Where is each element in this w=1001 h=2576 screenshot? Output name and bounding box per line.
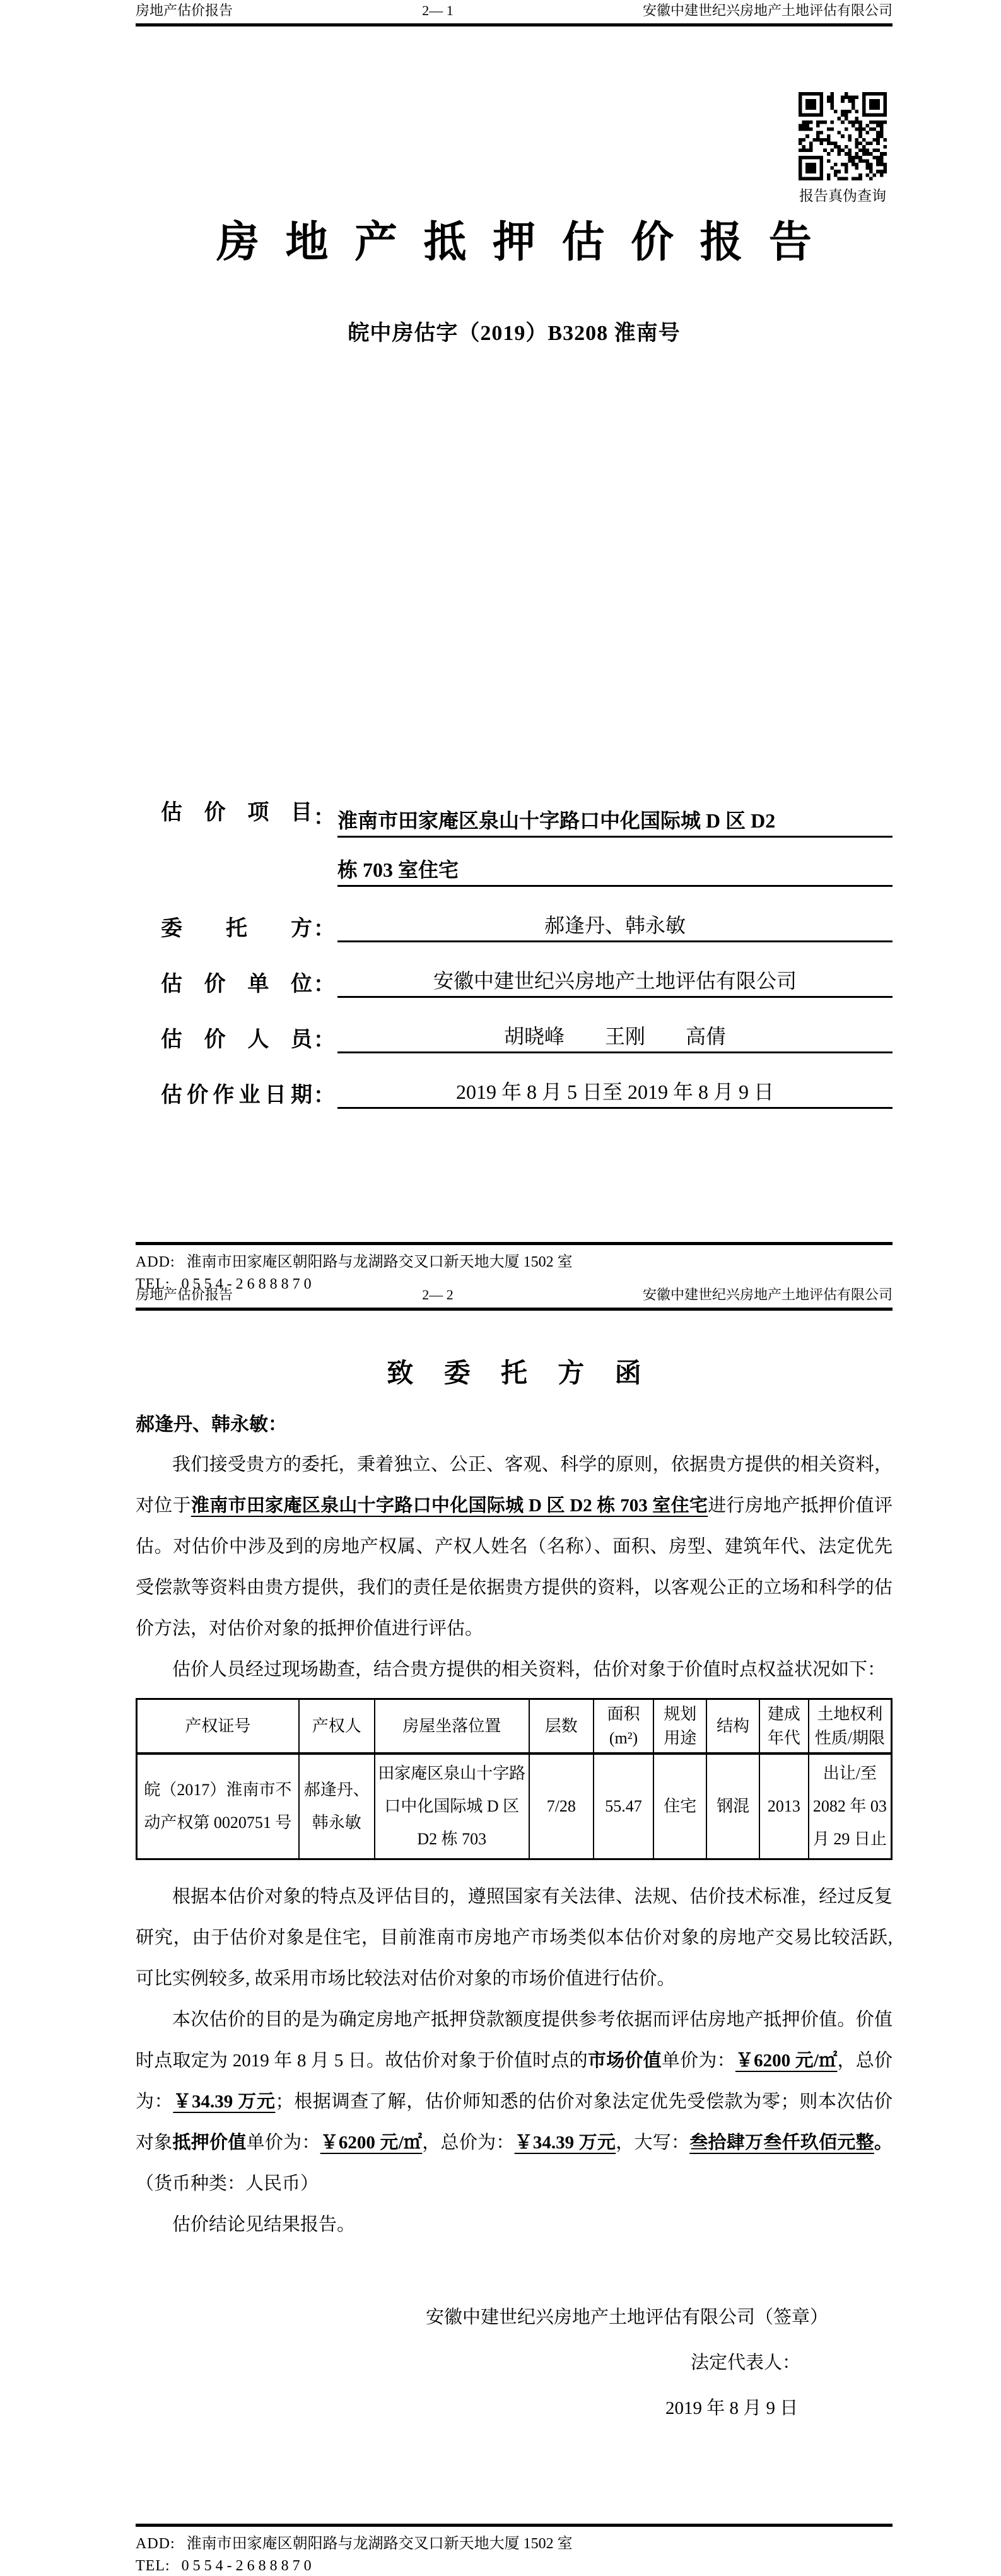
col-location: 房屋坐落位置 (375, 1699, 529, 1754)
form-label-appraisers: 估 价 人 员 (161, 1027, 312, 1054)
form-value-agency: 安徽中建世纪兴房地产土地评估有限公司 (337, 963, 893, 998)
table-row: 皖（2017）淮南市不动产权第 0020751 号 郝逢丹、韩永敏 田家庵区泉山… (137, 1753, 892, 1859)
form-value-project-line1: 淮南市田家庵区泉山十字路口中化国际城 D 区 D2 (337, 796, 893, 838)
cover-form: 估 价 项 目 ： 淮南市田家庵区泉山十字路口中化国际城 D 区 D2 栋 70… (136, 796, 893, 1129)
form-row-agency: 估 价 单 位 ： 安徽中建世纪兴房地产土地评估有限公司 (161, 963, 893, 998)
cell-owner: 郝逢丹、韩永敏 (299, 1753, 375, 1859)
page2-footer: ADD: 淮南市田家庵区朝阳路与龙湖路交叉口新天地大厦 1502 室 TEL: … (136, 2524, 893, 2576)
form-value-project-line2: 栋 703 室住宅 (337, 845, 893, 887)
footer-tel-label: TEL: (136, 2555, 170, 2576)
report-title: 房 地 产 抵 押 估 价 报 告 (136, 208, 893, 269)
text-run: ，大写： (616, 2133, 689, 2153)
header-company: 安徽中建世纪兴房地产土地评估有限公司 (643, 3, 893, 19)
text-run-total-price: ￥34.39 万元 (515, 2133, 616, 2153)
form-value-client: 郝逢丹、韩永敏 (337, 907, 893, 942)
form-colon: ： (312, 796, 337, 831)
text-run: 。 (874, 2133, 893, 2153)
col-owner: 产权人 (299, 1699, 375, 1754)
cell-location: 田家庵区泉山十字路口中化国际城 D 区 D2 栋 703 (375, 1753, 529, 1859)
signature-block: 安徽中建世纪兴房地产土地评估有限公司（签章） 法定代表人： 2019 年 8 月… (136, 2295, 893, 2431)
letter-to-client: 致 委 托 方 函 郝逢丹、韩永敏： 我们接受贵方的委托，秉着独立、公正、客观、… (136, 1336, 893, 2431)
letter-salutation: 郝逢丹、韩永敏： (136, 1412, 893, 1438)
text-run-amount-in-words: 叁拾肆万叁仟玖佰元整 (689, 2133, 874, 2153)
paragraph-conclusion: 估价结论见结果报告。 (136, 2204, 893, 2245)
form-colon: ： (312, 911, 337, 942)
form-label-project: 估 价 项 目 (161, 796, 312, 827)
paragraph-inspection: 估价人员经过现场勘查，结合贵方提供的相关资料，估价对象于价值时点权益状况如下： (136, 1649, 893, 1690)
col-structure: 结构 (706, 1699, 759, 1754)
header-doc-type: 房地产估价报告 (136, 1287, 233, 1303)
signature-date: 2019 年 8 月 9 日 (665, 2386, 893, 2431)
form-colon: ： (312, 967, 337, 998)
paragraph-method: 根据本估价对象的特点及评估目的，遵照国家有关法律、法规、估价技术标准，经过反复研… (136, 1876, 893, 1999)
cell-certificate-no: 皖（2017）淮南市不动产权第 0020751 号 (137, 1753, 299, 1859)
form-label-client: 委 托 方 (161, 916, 312, 943)
col-certificate-no: 产权证号 (137, 1699, 299, 1754)
text-run-unit-price: ￥6200 元/㎡ (735, 2051, 838, 2071)
cell-area: 55.47 (594, 1753, 654, 1859)
col-floor: 层数 (529, 1699, 594, 1754)
form-colon: ： (312, 1022, 337, 1053)
footer-add-value: 淮南市田家庵区朝阳路与龙湖路交叉口新天地大厦 1502 室 (187, 1251, 573, 1273)
text-run-subject-property: 淮南市田家庵区泉山十字路口中化国际城 D 区 D2 栋 703 室住宅 (191, 1496, 708, 1516)
property-rights-table: 产权证号 产权人 房屋坐落位置 层数 面积(m²) 规划用途 结构 建成年代 土… (136, 1698, 893, 1860)
col-year-built: 建成年代 (759, 1699, 809, 1754)
text-run: 单价为： (247, 2133, 320, 2153)
paragraph-valuation-result: 本次估价的目的是为确定房地产抵押贷款额度提供参考依据而评估房地产抵押价值。价值时… (136, 1999, 893, 2204)
col-area: 面积(m²) (594, 1699, 654, 1754)
letter-heading: 致 委 托 方 函 (136, 1352, 893, 1390)
form-row-appraisers: 估 价 人 员 ： 胡晓峰 王刚 高倩 (161, 1018, 893, 1053)
text-run-total-price: ￥34.39 万元 (173, 2092, 275, 2112)
qr-block: 报告真伪查询 (796, 92, 889, 205)
form-value-appraisers: 胡晓峰 王刚 高倩 (337, 1018, 893, 1053)
form-colon: ： (312, 1078, 337, 1109)
header-doc-type: 房地产估价报告 (136, 3, 233, 19)
form-label-work-dates: 估价作业日期 (161, 1082, 312, 1109)
report-document: 房地产估价报告 2— 1 安徽中建世纪兴房地产土地评估有限公司 报告真伪查询 房… (0, 0, 1001, 2576)
header-page-number: 2— 1 (422, 3, 454, 19)
qr-caption: 报告真伪查询 (796, 184, 889, 205)
footer-add-label: ADD: (136, 1251, 175, 1273)
page1-header: 房地产估价报告 2— 1 安徽中建世纪兴房地产土地评估有限公司 (136, 3, 893, 26)
form-value-work-dates: 2019 年 8 月 5 日至 2019 年 8 月 9 日 (337, 1074, 893, 1109)
text-run: 进行房地产抵押价值评估。对估价中涉及到的房地产权属、产权人姓名（名称）、面积、房… (136, 1496, 893, 1639)
footer-tel-value: 0554-2688870 (182, 2555, 315, 2576)
paragraph-engagement: 我们接受贵方的委托，秉着独立、公正、客观、科学的原则，依据贵方提供的相关资料，对… (136, 1444, 893, 1649)
signature-legal-rep: 法定代表人： (691, 2340, 893, 2386)
footer-add-label: ADD: (136, 2533, 175, 2555)
form-label-agency: 估 价 单 位 (161, 971, 312, 998)
cell-year-built: 2013 (759, 1753, 809, 1859)
text-run: 单价为： (662, 2051, 735, 2071)
text-run-market-value: 市场价值 (588, 2051, 662, 2071)
header-company: 安徽中建世纪兴房地产土地评估有限公司 (643, 1287, 893, 1303)
form-row-work-dates: 估价作业日期 ： 2019 年 8 月 5 日至 2019 年 8 月 9 日 (161, 1074, 893, 1109)
text-run-unit-price: ￥6200 元/㎡ (320, 2133, 423, 2153)
col-land-rights: 土地权利性质/期限 (809, 1699, 892, 1754)
header-page-number: 2— 2 (422, 1287, 454, 1303)
text-run-currency: （货币种类：人民币） (136, 2174, 319, 2194)
form-row-project: 估 价 项 目 ： 淮南市田家庵区泉山十字路口中化国际城 D 区 D2 栋 70… (161, 796, 893, 887)
col-planned-use: 规划用途 (653, 1699, 706, 1754)
cell-planned-use: 住宅 (653, 1753, 706, 1859)
table-header-row: 产权证号 产权人 房屋坐落位置 层数 面积(m²) 规划用途 结构 建成年代 土… (137, 1699, 892, 1754)
signature-company: 安徽中建世纪兴房地产土地评估有限公司（签章） (426, 2295, 893, 2340)
footer-add-value: 淮南市田家庵区朝阳路与龙湖路交叉口新天地大厦 1502 室 (187, 2533, 573, 2555)
cell-floor: 7/28 (529, 1753, 594, 1859)
report-number: 皖中房估字（2019）B3208 淮南号 (136, 315, 893, 346)
qr-code (799, 92, 887, 180)
form-row-client: 委 托 方 ： 郝逢丹、韩永敏 (161, 907, 893, 942)
cell-structure: 钢混 (706, 1753, 759, 1859)
cell-land-rights: 出让/至 2082 年 03 月 29 日止 (809, 1753, 892, 1859)
text-run: ，总价为： (422, 2133, 514, 2153)
page2-header: 房地产估价报告 2— 2 安徽中建世纪兴房地产土地评估有限公司 (136, 1287, 893, 1311)
text-run-mortgage-value: 抵押价值 (173, 2133, 247, 2153)
